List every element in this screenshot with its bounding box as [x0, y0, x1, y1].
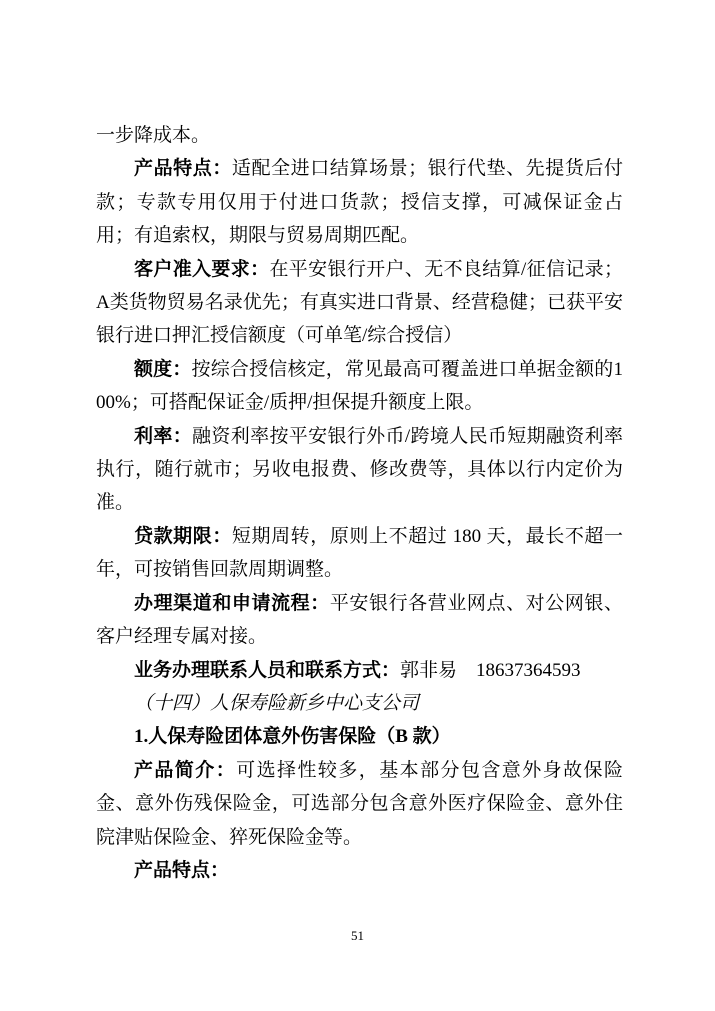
paragraph: 业务办理联系人员和联系方式：郭非易 18637364593	[96, 654, 623, 687]
paragraph: 一步降成本。	[96, 119, 623, 152]
paragraph-label: 客户准入要求：	[134, 259, 269, 280]
paragraph-label: 产品特点：	[134, 158, 232, 179]
paragraph: 利率：融资利率按平安银行外币/跨境人民币短期融资利率执行，随行就市；另收电报费、…	[96, 420, 623, 520]
paragraph-label: 额度：	[134, 359, 192, 380]
paragraph: 额度：按综合授信核定，常见最高可覆盖进口单据金额的100%；可搭配保证金/质押/…	[96, 353, 623, 420]
paragraph-label: 办理渠道和申请流程：	[134, 593, 330, 614]
paragraph-label: 1.人保寿险团体意外伤害保险（B 款）	[134, 726, 451, 747]
paragraph-label: 利率：	[134, 426, 192, 447]
document-page: 一步降成本。产品特点：适配全进口结算场景；银行代垫、先提货后付款；专款专用仅用于…	[0, 0, 715, 1011]
paragraph-label: 产品特点：	[134, 860, 229, 881]
paragraph: 产品特点：适配全进口结算场景；银行代垫、先提货后付款；专款专用仅用于付进口货款；…	[96, 152, 623, 252]
paragraph: 产品特点：	[96, 854, 623, 887]
paragraph: 1.人保寿险团体意外伤害保险（B 款）	[96, 720, 623, 753]
paragraph: （十四）人保寿险新乡中心支公司	[96, 687, 623, 720]
page-number: 51	[0, 928, 715, 944]
paragraph: 贷款期限：短期周转，原则上不超过 180 天，最长不超一年，可按销售回款周期调整…	[96, 520, 623, 587]
paragraph-text: （十四）人保寿险新乡中心支公司	[134, 693, 419, 714]
paragraph-label: 贷款期限：	[134, 526, 232, 547]
paragraph-label: 业务办理联系人员和联系方式：	[134, 660, 400, 681]
paragraph: 产品简介：可选择性较多，基本部分包含意外身故保险金、意外伤残保险金，可选部分包含…	[96, 754, 623, 854]
paragraph-label: 产品简介：	[134, 760, 236, 781]
paragraph-text: 一步降成本。	[96, 125, 210, 146]
paragraph-text: 郭非易 18637364593	[400, 660, 581, 681]
paragraph: 办理渠道和申请流程：平安银行各营业网点、对公网银、客户经理专属对接。	[96, 587, 623, 654]
document-body: 一步降成本。产品特点：适配全进口结算场景；银行代垫、先提货后付款；专款专用仅用于…	[96, 119, 623, 887]
paragraph: 客户准入要求：在平安银行开户、无不良结算/征信记录；A类货物贸易名录优先；有真实…	[96, 253, 623, 353]
